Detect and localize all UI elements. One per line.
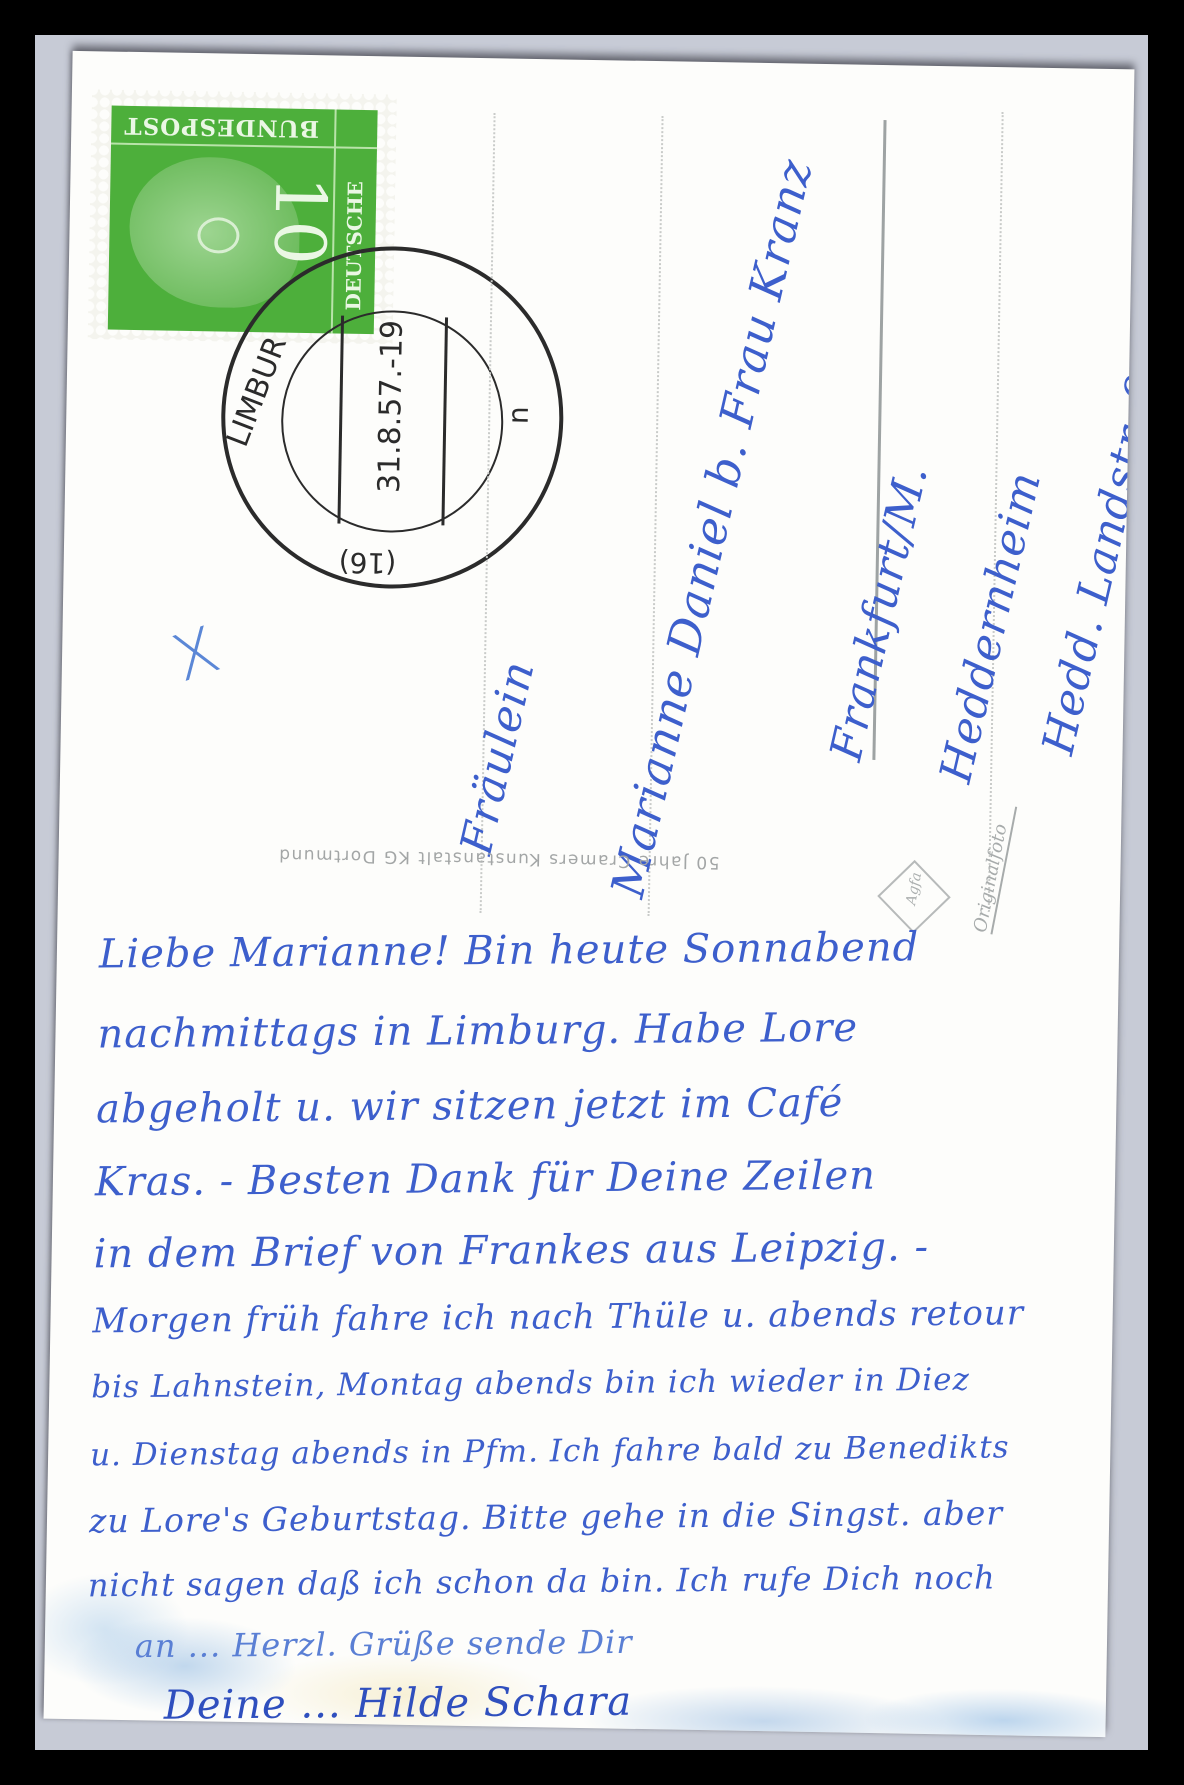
postmark: 31.8.57.-19 LIMBUR n (16) [218, 244, 564, 590]
message-line: nachmittags in Limburg. Habe Lore [97, 1005, 858, 1058]
message-line: bis Lahnstein, Montag abends bin ich wie… [91, 1362, 970, 1406]
message-line: Liebe Marianne! Bin heute Sonnabend [99, 924, 920, 977]
postmark-letter: n [502, 406, 535, 424]
message-line: abgeholt u. wir sitzen jetzt im Café [96, 1080, 844, 1133]
message-line: u. Dienstag abends in Pfm. Ich fahre bal… [90, 1429, 1010, 1473]
signature: Deine ... Hilde Schara [164, 1679, 633, 1729]
postcard: BUNDESPOST 10 DEUTSCHE 31.8.57.-19 LIMBU… [44, 51, 1135, 1737]
address-line: Fräulein [451, 656, 545, 859]
address-line: Heddernheim [930, 467, 1051, 788]
message-line: Kras. - Besten Dank für Deine Zeilen [95, 1153, 876, 1206]
stamp-issuer-label: BUNDESPOST [121, 110, 321, 143]
originalfoto-label: Originalfoto [970, 803, 1017, 935]
address-line: Hedd. Landstr. 94 [1033, 340, 1135, 759]
postmark-district: (16) [338, 546, 396, 580]
message-line: Morgen früh fahre ich nach Thüle u. aben… [92, 1293, 1024, 1341]
message-line: in dem Brief von Frankes aus Leipzig. - [93, 1224, 929, 1277]
address-line: Frankfurt/M. [820, 460, 938, 766]
stamp-frame-line [111, 143, 377, 150]
postmark-date: 31.8.57.-19 [370, 296, 414, 517]
message-line: zu Lore's Geburtstag. Bitte gehe in die … [89, 1493, 1003, 1540]
message-line: an ... Herzl. Grüße sende Dir [135, 1623, 633, 1665]
address-line: Marianne Daniel b. Frau Kranz [600, 154, 823, 903]
cross-mark: X [163, 613, 229, 697]
message-line: nicht sagen daß ich schon da bin. Ich ru… [88, 1558, 996, 1604]
printer-imprint: 50 Jahre Cramers Kunstanstalt KG Dortmun… [198, 843, 798, 873]
